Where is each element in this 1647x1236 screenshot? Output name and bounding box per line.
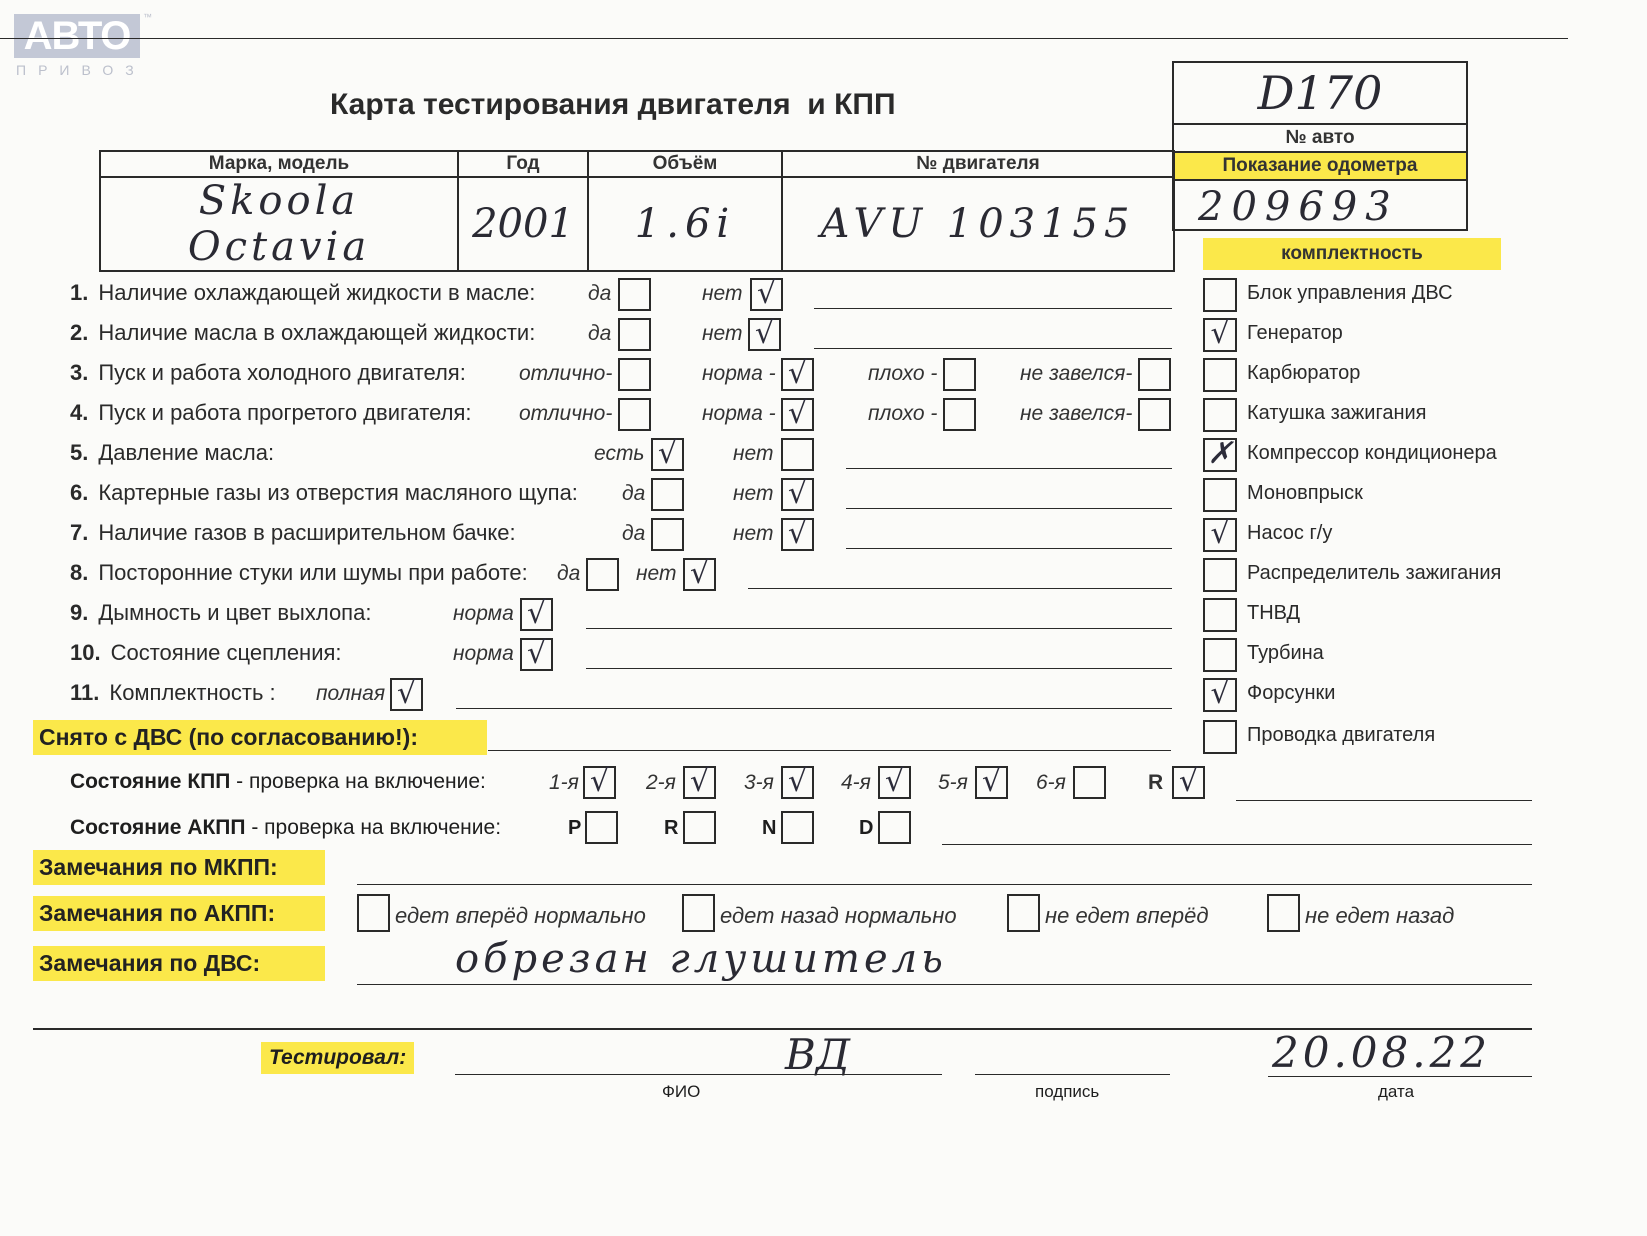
kpp-notes-line[interactable] [1236, 800, 1532, 801]
signature-caption: подпись [1035, 1082, 1099, 1102]
akpp-label-bold: Состояние АКПП [70, 816, 246, 839]
question-row: 7.Наличие газов в расширительном бачке: [70, 520, 516, 546]
check-mark-icon: √ [685, 762, 714, 802]
question-number: 3. [70, 360, 88, 385]
question-text: Наличие охлаждающей жидкости в масле: [98, 280, 535, 305]
question-notes-line[interactable] [814, 348, 1172, 349]
option-checkbox[interactable] [781, 438, 814, 471]
check-mark-icon: √ [685, 554, 714, 594]
gear-checkbox[interactable]: √ [781, 766, 814, 799]
gear-checkbox[interactable]: √ [1172, 766, 1205, 799]
option-label: отлично- [519, 362, 612, 386]
check-mark-icon: √ [1174, 762, 1203, 802]
akpp-remark-label: не едет вперёд [1045, 903, 1209, 929]
kpp-label-bold: Состояние КПП [70, 770, 230, 793]
question-row: 6.Картерные газы из отверстия масляного … [70, 480, 578, 506]
check-mark-icon: √ [1205, 314, 1235, 354]
check-mark-icon: √ [1205, 514, 1235, 554]
question-notes-line[interactable] [456, 708, 1172, 709]
akpp-remark-checkbox[interactable] [1267, 894, 1300, 932]
fio-line [455, 1074, 942, 1075]
komplektnost-label: Компрессор кондиционера [1247, 442, 1497, 465]
col-engine-number: № двигателя [782, 151, 1174, 177]
question-notes-line[interactable] [586, 668, 1172, 669]
komplektnost-label: Генератор [1247, 322, 1343, 345]
question-notes-line[interactable] [846, 468, 1172, 469]
komplektnost-label: ТНВД [1247, 602, 1300, 625]
question-row: 3.Пуск и работа холодного двигателя: [70, 360, 466, 386]
question-notes-line[interactable] [586, 628, 1172, 629]
car-number-value[interactable]: D170 [1174, 63, 1466, 125]
option-label: нет [733, 442, 774, 466]
question-number: 1. [70, 280, 88, 305]
top-rule [0, 38, 1568, 39]
option-label: плохо - [868, 362, 937, 386]
option-checkbox[interactable]: √ [390, 678, 423, 711]
komplektnost-label: Турбина [1247, 642, 1324, 665]
option-label: не завелся- [1020, 402, 1132, 426]
question-row: 5.Давление масла: [70, 440, 274, 466]
question-text: Пуск и работа прогретого двигателя: [98, 400, 471, 425]
check-mark-icon: √ [977, 762, 1006, 802]
komplektnost-checkbox[interactable]: √ [1203, 518, 1237, 552]
komplektnost-label: Распределитель зажигания [1247, 562, 1501, 585]
option-label: норма - [702, 402, 776, 426]
komplektnost-label: Карбюратор [1247, 362, 1360, 385]
komplektnost-checkbox[interactable]: ✗ [1203, 438, 1237, 472]
logo-subtitle: ПРИВОЗ [16, 62, 146, 78]
komplektnost-checkbox[interactable] [1203, 558, 1237, 592]
akpp-mode-label: P [568, 817, 581, 840]
komplektnost-checkbox[interactable] [1203, 638, 1237, 672]
question-number: 4. [70, 400, 88, 425]
akpp-label-rest: - проверка на включение: [246, 816, 502, 839]
question-number: 5. [70, 440, 88, 465]
gear-label: R [1148, 771, 1163, 795]
option-label: да [588, 282, 611, 306]
page-title: Карта тестирования двигателя и КПП [330, 88, 896, 122]
option-checkbox[interactable] [943, 398, 976, 431]
akpp-remark-label: едет вперёд нормально [395, 903, 646, 929]
question-number: 6. [70, 480, 88, 505]
option-label: полная [316, 682, 385, 706]
option-label: плохо - [868, 402, 937, 426]
gear-checkbox[interactable] [1073, 766, 1106, 799]
gear-checkbox[interactable]: √ [683, 766, 716, 799]
option-checkbox[interactable] [618, 398, 651, 431]
tested-by-label: Тестировал: [261, 1042, 414, 1074]
akpp-label: Состояние АКПП - проверка на включение: [70, 816, 501, 840]
vehicle-info-table: Марка, модель Год Объём № двигателя Skoo… [99, 150, 1175, 272]
question-row: 4.Пуск и работа прогретого двигателя: [70, 400, 471, 426]
question-text: Пуск и работа холодного двигателя: [98, 360, 465, 385]
option-label: нет [733, 522, 774, 546]
akpp-remark-checkbox[interactable] [682, 894, 715, 932]
col-make-model: Марка, модель [100, 151, 458, 177]
check-mark-icon: √ [1205, 674, 1235, 714]
date-line [1268, 1076, 1532, 1077]
option-checkbox[interactable]: √ [683, 558, 716, 591]
akpp-mode-checkbox[interactable] [781, 811, 814, 844]
question-row: 11.Комплектность : [70, 680, 276, 706]
option-checkbox[interactable] [1138, 398, 1171, 431]
question-number: 2. [70, 320, 88, 345]
option-label: да [557, 562, 580, 586]
gear-label: 5-я [938, 771, 968, 795]
question-number: 8. [70, 560, 88, 585]
option-label: нет [702, 322, 743, 346]
akpp-mode-checkbox[interactable] [878, 811, 911, 844]
question-row: 1.Наличие охлаждающей жидкости в масле: [70, 280, 535, 306]
question-notes-line[interactable] [846, 508, 1172, 509]
question-row: 9.Дымность и цвет выхлопа: [70, 600, 371, 626]
option-checkbox[interactable]: √ [781, 358, 814, 391]
question-text: Наличие газов в расширительном бачке: [98, 520, 515, 545]
volume-value[interactable]: 1.6i [588, 177, 782, 271]
question-text: Дымность и цвет выхлопа: [98, 600, 371, 625]
check-mark-icon: √ [783, 514, 812, 554]
option-label: да [622, 482, 645, 506]
remarks-akpp-label: Замечания по АКПП: [33, 896, 325, 931]
question-text: Картерные газы из отверстия масляного щу… [98, 480, 578, 505]
question-number: 9. [70, 600, 88, 625]
option-checkbox[interactable]: √ [520, 598, 553, 631]
remarks-mkpp-label: Замечания по МКПП: [33, 850, 325, 885]
question-row: 8.Посторонние стуки или шумы при работе: [70, 560, 528, 586]
option-checkbox[interactable] [618, 318, 651, 351]
option-checkbox[interactable]: √ [781, 398, 814, 431]
option-checkbox[interactable]: √ [748, 318, 781, 351]
option-checkbox[interactable] [1138, 358, 1171, 391]
option-label: нет [636, 562, 677, 586]
gear-label: 4-я [841, 771, 871, 795]
check-mark-icon: √ [783, 354, 812, 394]
logo-trademark: ™ [143, 12, 152, 22]
option-checkbox[interactable]: √ [781, 478, 814, 511]
komplektnost-checkbox[interactable] [1203, 598, 1237, 632]
check-mark-icon: √ [392, 674, 421, 714]
option-checkbox[interactable] [943, 358, 976, 391]
check-mark-icon: √ [783, 394, 812, 434]
question-notes-line[interactable] [814, 308, 1172, 309]
option-checkbox[interactable]: √ [750, 278, 783, 311]
option-label: норма [453, 642, 514, 666]
option-checkbox[interactable] [651, 518, 684, 551]
question-text: Комплектность : [109, 680, 275, 705]
option-checkbox[interactable] [586, 558, 619, 591]
col-year: Год [458, 151, 588, 177]
check-mark-icon: √ [522, 634, 551, 674]
option-label: есть [594, 442, 644, 466]
remarks-dvs-label: Замечания по ДВС: [33, 946, 325, 981]
komplektnost-checkbox[interactable] [1203, 358, 1237, 392]
komplektnost-label: Катушка зажигания [1247, 402, 1427, 425]
akpp-mode-label: N [762, 817, 776, 840]
akpp-remark-label: едет назад нормально [720, 903, 957, 929]
question-row: 10.Состояние сцепления: [70, 640, 342, 666]
akpp-remark-checkbox[interactable] [1007, 894, 1040, 932]
akpp-remark-label: не едет назад [1305, 903, 1454, 929]
check-mark-icon: √ [750, 314, 779, 354]
komplektnost-label: Блок управления ДВС [1247, 282, 1453, 305]
question-number: 7. [70, 520, 88, 545]
check-mark-icon: √ [653, 434, 682, 474]
komplektnost-checkbox[interactable] [1203, 478, 1237, 512]
col-volume: Объём [588, 151, 782, 177]
option-checkbox[interactable]: √ [781, 518, 814, 551]
option-label: нет [702, 282, 743, 306]
odometer-label: Показание одометра [1174, 153, 1466, 181]
engine-number-value[interactable]: AVU 103155 [782, 177, 1174, 271]
option-label: не завелся- [1020, 362, 1132, 386]
year-value[interactable]: 2001 [458, 177, 588, 271]
question-text: Посторонние стуки или шумы при работе: [98, 560, 527, 585]
komplektnost-label: Моновпрыск [1247, 482, 1363, 505]
check-mark-icon: √ [880, 762, 909, 802]
option-label: норма - [702, 362, 776, 386]
remarks-dvs-line [357, 984, 1532, 985]
komplektnost-label: Форсунки [1247, 682, 1335, 705]
question-text: Давление масла: [98, 440, 274, 465]
option-label: да [622, 522, 645, 546]
signature-line[interactable] [975, 1074, 1170, 1075]
akpp-mode-label: R [664, 817, 678, 840]
kpp-label: Состояние КПП - проверка на включение: [70, 770, 486, 794]
removed-label: Снято с ДВС (по согласованию!): [33, 720, 487, 755]
check-mark-icon: √ [752, 274, 781, 314]
option-checkbox[interactable] [651, 478, 684, 511]
komplektnost-checkbox[interactable] [1203, 398, 1237, 432]
question-notes-line[interactable] [748, 588, 1172, 589]
check-mark-icon: √ [783, 474, 812, 514]
date-caption: дата [1378, 1082, 1414, 1102]
komplektnost-checkbox[interactable] [1203, 720, 1237, 754]
make-model-value[interactable]: Skoola Octavia [100, 177, 458, 271]
date-value[interactable]: 20.08.22 [1272, 1028, 1491, 1077]
gear-label: 3-я [744, 771, 774, 795]
fio-caption: ФИО [662, 1082, 700, 1102]
option-label: нет [733, 482, 774, 506]
question-notes-line[interactable] [846, 548, 1172, 549]
question-text: Состояние сцепления: [111, 640, 342, 665]
check-mark-icon: √ [522, 594, 551, 634]
akpp-mode-checkbox[interactable] [585, 811, 618, 844]
komplektnost-title: комплектность [1203, 238, 1501, 270]
kpp-label-rest: - проверка на включение: [230, 770, 486, 793]
check-mark-icon: √ [783, 762, 812, 802]
option-checkbox[interactable]: √ [651, 438, 684, 471]
removed-value-line[interactable] [488, 750, 1171, 751]
odometer-value[interactable]: 209693 [1174, 181, 1466, 229]
akpp-remark-checkbox[interactable] [357, 894, 390, 932]
komplektnost-label: Насос г/у [1247, 522, 1332, 545]
gear-checkbox[interactable]: √ [878, 766, 911, 799]
gear-label: 2-я [646, 771, 676, 795]
tester-name-value[interactable]: ВД [785, 1030, 850, 1079]
option-checkbox[interactable] [618, 358, 651, 391]
option-label: норма [453, 602, 514, 626]
komplektnost-label: Проводка двигателя [1247, 724, 1435, 747]
komplektnost-checkbox[interactable]: √ [1203, 678, 1237, 712]
option-checkbox[interactable]: √ [520, 638, 553, 671]
komplektnost-checkbox[interactable]: √ [1203, 318, 1237, 352]
remarks-dvs-value[interactable]: обрезан глушитель [455, 936, 947, 982]
gear-label: 6-я [1036, 771, 1066, 795]
question-number: 11. [70, 680, 99, 705]
akpp-notes-line[interactable] [942, 844, 1532, 845]
akpp-mode-label: D [859, 817, 873, 840]
gear-checkbox[interactable]: √ [583, 766, 616, 799]
question-text: Наличие масла в охлаждающей жидкости: [98, 320, 535, 345]
option-label: отлично- [519, 402, 612, 426]
option-checkbox[interactable] [618, 278, 651, 311]
check-mark-icon: √ [585, 762, 614, 802]
question-number: 10. [70, 640, 101, 665]
komplektnost-checkbox[interactable] [1203, 278, 1237, 312]
logo: АВТО [14, 14, 140, 58]
car-info-box: D170 № авто Показание одометра 209693 [1172, 61, 1468, 231]
car-number-label: № авто [1174, 125, 1466, 153]
gear-label: 1-я [549, 771, 579, 795]
question-row: 2.Наличие масла в охлаждающей жидкости: [70, 320, 535, 346]
remarks-mkpp-line[interactable] [357, 884, 1532, 885]
cross-mark-icon: ✗ [1205, 434, 1235, 474]
gear-checkbox[interactable]: √ [975, 766, 1008, 799]
akpp-mode-checkbox[interactable] [683, 811, 716, 844]
option-label: да [588, 322, 611, 346]
